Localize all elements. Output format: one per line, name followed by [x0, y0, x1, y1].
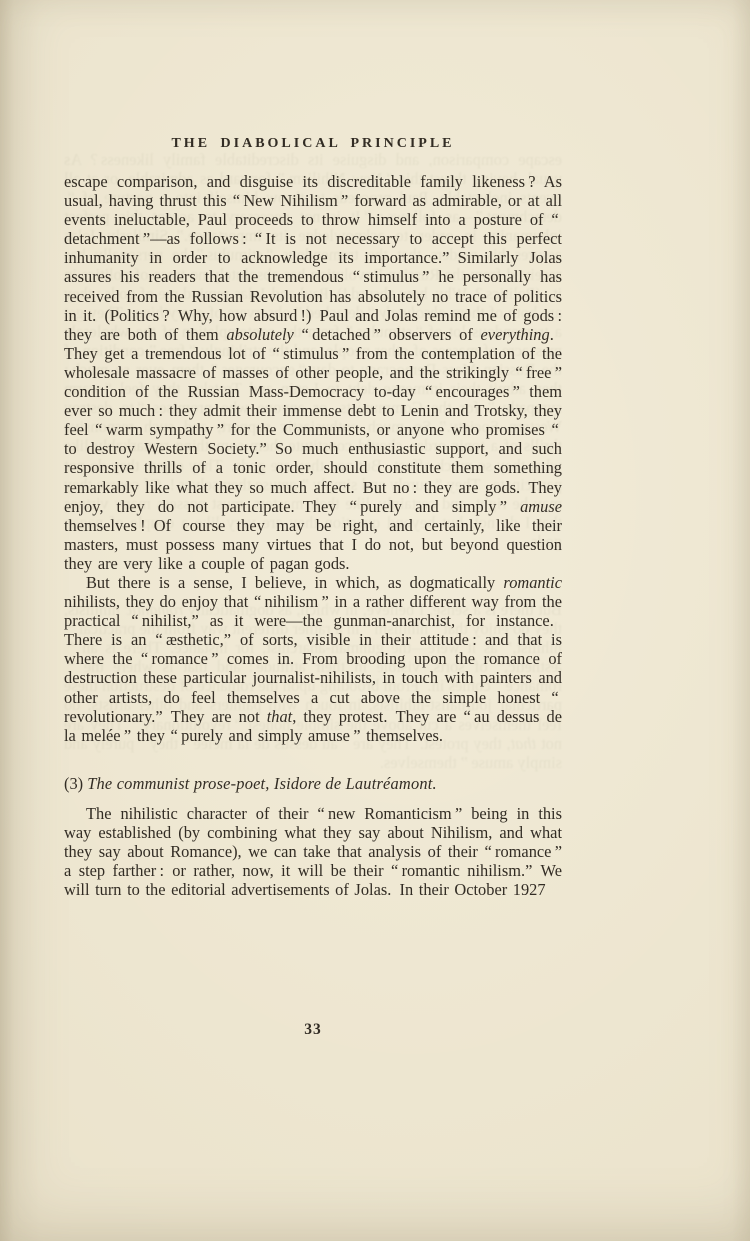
paragraph-new-romanticism: The nihilistic character of their “ new …: [64, 804, 562, 899]
paragraph-romantic-nihilists: But there is a sense, I believe, in whic…: [64, 573, 562, 745]
paragraph-continuation: escape comparison, and disguise its disc…: [64, 172, 562, 573]
running-header: THE DIABOLICAL PRINCIPLE: [64, 136, 562, 152]
section-heading: (3) The communist prose-poet, Isidore de…: [64, 774, 562, 793]
book-page-scan: escape comparison, and disguise its disc…: [0, 0, 750, 1241]
page-number: 33: [64, 1021, 562, 1039]
page-body: escape comparison, and disguise its disc…: [64, 172, 562, 899]
